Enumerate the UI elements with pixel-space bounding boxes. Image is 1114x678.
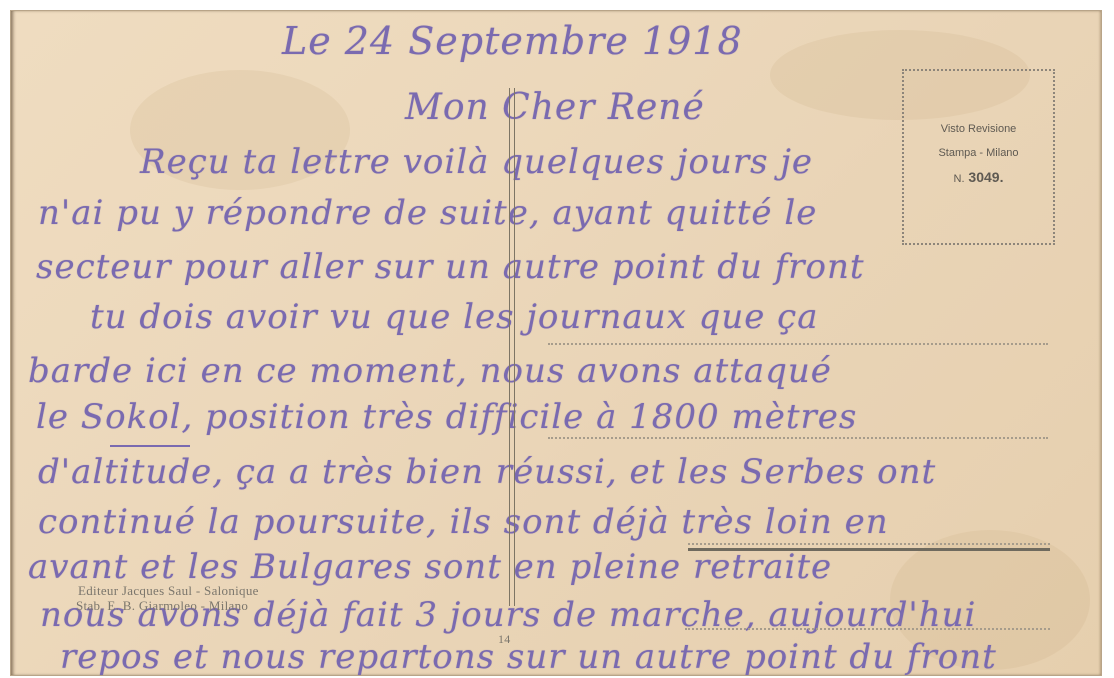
- publisher-imprint-line-1: Editeur Jacques Saul - Salonique: [78, 583, 259, 599]
- handwritten-line: tu dois avoir vu que les journaux que ça: [90, 300, 818, 334]
- handwritten-line: d'altitude, ça a très bien réussi, et le…: [38, 455, 936, 489]
- handwritten-line: n'ai pu y répondre de suite, ayant quitt…: [38, 196, 817, 230]
- handwritten-date: Le 24 Septembre 1918: [282, 22, 743, 60]
- address-line-3: [688, 543, 1050, 545]
- handwritten-salutation: Mon Cher René: [405, 90, 705, 126]
- card-number: 14: [498, 632, 511, 647]
- handwritten-line: avant et les Bulgares sont en pleine ret…: [28, 550, 832, 584]
- handwritten-line: Reçu ta lettre voilà quelques jours je: [140, 145, 813, 179]
- censor-stamp-box: Visto Revisione Stampa - Milano N. 3049.: [902, 69, 1055, 245]
- stamp-number: 3049.: [968, 169, 1003, 185]
- handwritten-line: continué la poursuite, ils sont déjà trè…: [38, 505, 889, 539]
- handwritten-line: le Sokol, position très difficile à 1800…: [36, 400, 857, 434]
- underline-sokol: [110, 445, 190, 447]
- address-line-2: [548, 437, 1048, 439]
- stamp-number-row: N. 3049.: [904, 169, 1053, 185]
- stamp-line-2: Stampa - Milano: [904, 147, 1053, 159]
- center-divider: [509, 88, 515, 606]
- handwritten-line: repos et nous repartons sur un autre poi…: [60, 640, 997, 674]
- publisher-imprint-line-2: Stab. E. B. Giarmoleo - Milano: [76, 598, 248, 614]
- address-line-1: [548, 343, 1048, 345]
- address-line-3-solid: [688, 548, 1050, 551]
- stamp-number-prefix: N.: [954, 173, 965, 185]
- stamp-line-1: Visto Revisione: [904, 123, 1053, 135]
- handwritten-line: secteur pour aller sur un autre point du…: [36, 250, 865, 284]
- handwritten-line: barde ici en ce moment, nous avons attaq…: [28, 354, 832, 388]
- address-line-4: [685, 628, 1050, 630]
